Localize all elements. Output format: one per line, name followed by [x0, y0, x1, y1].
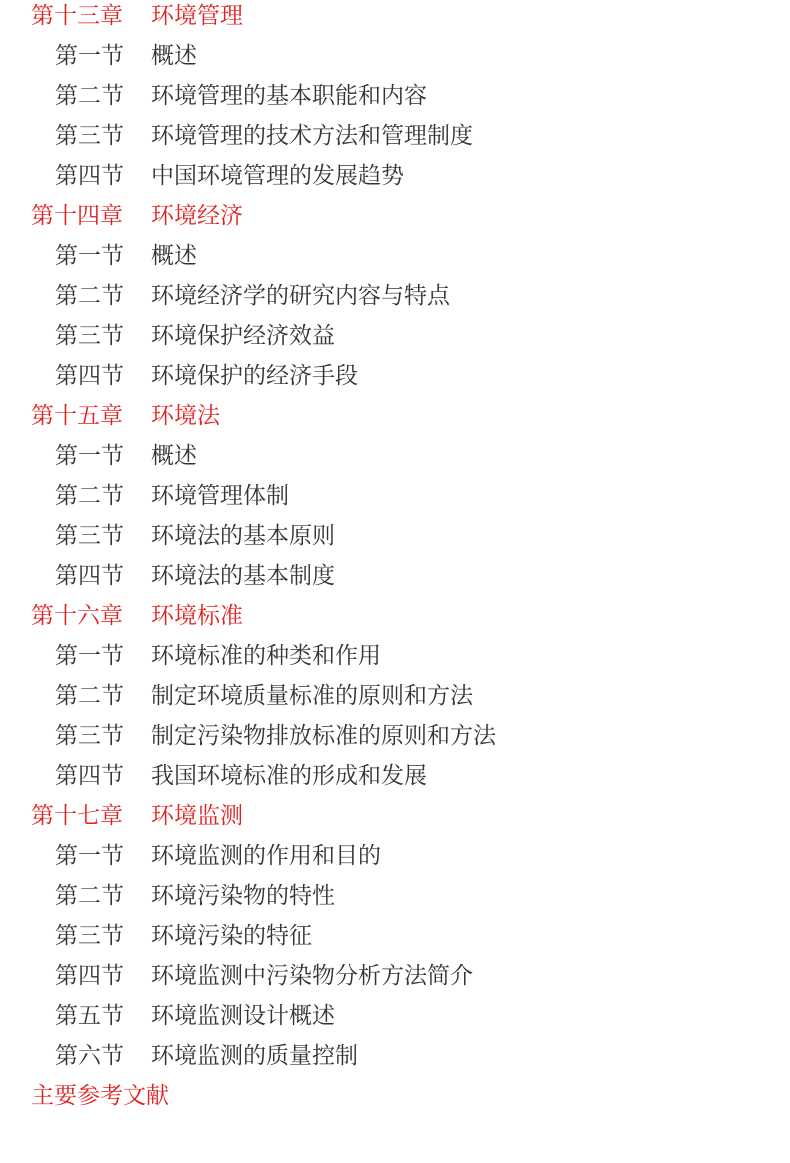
section-14-3[interactable]: 第三节 环境保护经济效益 — [0, 320, 790, 360]
section-number: 第二节 — [55, 80, 124, 112]
section-title: 环境管理的基本职能和内容 — [151, 80, 427, 112]
section-15-1[interactable]: 第一节 概述 — [0, 440, 790, 480]
section-14-1[interactable]: 第一节 概述 — [0, 240, 790, 280]
table-of-contents: 第十三章 环境管理 第一节 概述 第二节 环境管理的基本职能和内容 第三节 环境… — [0, 0, 790, 1120]
section-17-5[interactable]: 第五节 环境监测设计概述 — [0, 1000, 790, 1040]
section-title: 环境保护的经济手段 — [151, 360, 358, 392]
section-number: 第二节 — [55, 480, 124, 512]
chapter-number: 第十四章 — [31, 200, 123, 232]
section-title: 中国环境管理的发展趋势 — [151, 160, 404, 192]
section-15-4[interactable]: 第四节 环境法的基本制度 — [0, 560, 790, 600]
section-16-4[interactable]: 第四节 我国环境标准的形成和发展 — [0, 760, 790, 800]
section-number: 第三节 — [55, 920, 124, 952]
section-number: 第四节 — [55, 960, 124, 992]
section-title: 环境标准的种类和作用 — [151, 640, 381, 672]
references-title: 主要参考文献 — [31, 1080, 169, 1112]
chapter-title: 环境标准 — [151, 600, 243, 632]
section-number: 第一节 — [55, 40, 124, 72]
section-number: 第五节 — [55, 1000, 124, 1032]
section-title: 环境污染的特征 — [151, 920, 312, 952]
section-13-1[interactable]: 第一节 概述 — [0, 40, 790, 80]
section-title: 制定环境质量标准的原则和方法 — [151, 680, 473, 712]
section-title: 制定污染物排放标准的原则和方法 — [151, 720, 496, 752]
chapter-title: 环境管理 — [151, 0, 243, 32]
section-number: 第三节 — [55, 320, 124, 352]
section-17-4[interactable]: 第四节 环境监测中污染物分析方法简介 — [0, 960, 790, 1000]
section-number: 第三节 — [55, 520, 124, 552]
chapter-number: 第十三章 — [31, 0, 123, 32]
chapter-title: 环境经济 — [151, 200, 243, 232]
section-17-3[interactable]: 第三节 环境污染的特征 — [0, 920, 790, 960]
section-number: 第三节 — [55, 120, 124, 152]
section-13-3[interactable]: 第三节 环境管理的技术方法和管理制度 — [0, 120, 790, 160]
section-title: 概述 — [151, 240, 197, 272]
section-number: 第一节 — [55, 640, 124, 672]
section-title: 环境保护经济效益 — [151, 320, 335, 352]
chapter-title: 环境法 — [151, 400, 220, 432]
section-title: 环境经济学的研究内容与特点 — [151, 280, 450, 312]
section-16-1[interactable]: 第一节 环境标准的种类和作用 — [0, 640, 790, 680]
section-15-2[interactable]: 第二节 环境管理体制 — [0, 480, 790, 520]
section-16-3[interactable]: 第三节 制定污染物排放标准的原则和方法 — [0, 720, 790, 760]
section-16-2[interactable]: 第二节 制定环境质量标准的原则和方法 — [0, 680, 790, 720]
section-number: 第二节 — [55, 280, 124, 312]
section-14-2[interactable]: 第二节 环境经济学的研究内容与特点 — [0, 280, 790, 320]
section-title: 我国环境标准的形成和发展 — [151, 760, 427, 792]
section-number: 第一节 — [55, 240, 124, 272]
section-14-4[interactable]: 第四节 环境保护的经济手段 — [0, 360, 790, 400]
chapter-17[interactable]: 第十七章 环境监测 — [0, 800, 790, 840]
section-title: 环境法的基本制度 — [151, 560, 335, 592]
section-title: 环境管理体制 — [151, 480, 289, 512]
chapter-number: 第十五章 — [31, 400, 123, 432]
chapter-16[interactable]: 第十六章 环境标准 — [0, 600, 790, 640]
section-number: 第一节 — [55, 440, 124, 472]
chapter-14[interactable]: 第十四章 环境经济 — [0, 200, 790, 240]
chapter-title: 环境监测 — [151, 800, 243, 832]
chapter-number: 第十七章 — [31, 800, 123, 832]
section-title: 环境监测中污染物分析方法简介 — [151, 960, 473, 992]
section-number: 第四节 — [55, 160, 124, 192]
section-number: 第四节 — [55, 360, 124, 392]
section-title: 环境污染物的特性 — [151, 880, 335, 912]
chapter-15[interactable]: 第十五章 环境法 — [0, 400, 790, 440]
section-title: 环境法的基本原则 — [151, 520, 335, 552]
section-13-4[interactable]: 第四节 中国环境管理的发展趋势 — [0, 160, 790, 200]
section-number: 第四节 — [55, 560, 124, 592]
section-title: 环境监测的质量控制 — [151, 1040, 358, 1072]
chapter-number: 第十六章 — [31, 600, 123, 632]
section-number: 第二节 — [55, 880, 124, 912]
section-17-2[interactable]: 第二节 环境污染物的特性 — [0, 880, 790, 920]
section-title: 环境管理的技术方法和管理制度 — [151, 120, 473, 152]
section-title: 概述 — [151, 440, 197, 472]
section-number: 第六节 — [55, 1040, 124, 1072]
references-entry[interactable]: 主要参考文献 — [0, 1080, 790, 1120]
section-number: 第四节 — [55, 760, 124, 792]
section-13-2[interactable]: 第二节 环境管理的基本职能和内容 — [0, 80, 790, 120]
section-title: 概述 — [151, 40, 197, 72]
section-title: 环境监测的作用和目的 — [151, 840, 381, 872]
section-15-3[interactable]: 第三节 环境法的基本原则 — [0, 520, 790, 560]
chapter-13[interactable]: 第十三章 环境管理 — [0, 0, 790, 40]
section-17-1[interactable]: 第一节 环境监测的作用和目的 — [0, 840, 790, 880]
section-number: 第三节 — [55, 720, 124, 752]
section-number: 第一节 — [55, 840, 124, 872]
section-number: 第二节 — [55, 680, 124, 712]
section-title: 环境监测设计概述 — [151, 1000, 335, 1032]
section-17-6[interactable]: 第六节 环境监测的质量控制 — [0, 1040, 790, 1080]
